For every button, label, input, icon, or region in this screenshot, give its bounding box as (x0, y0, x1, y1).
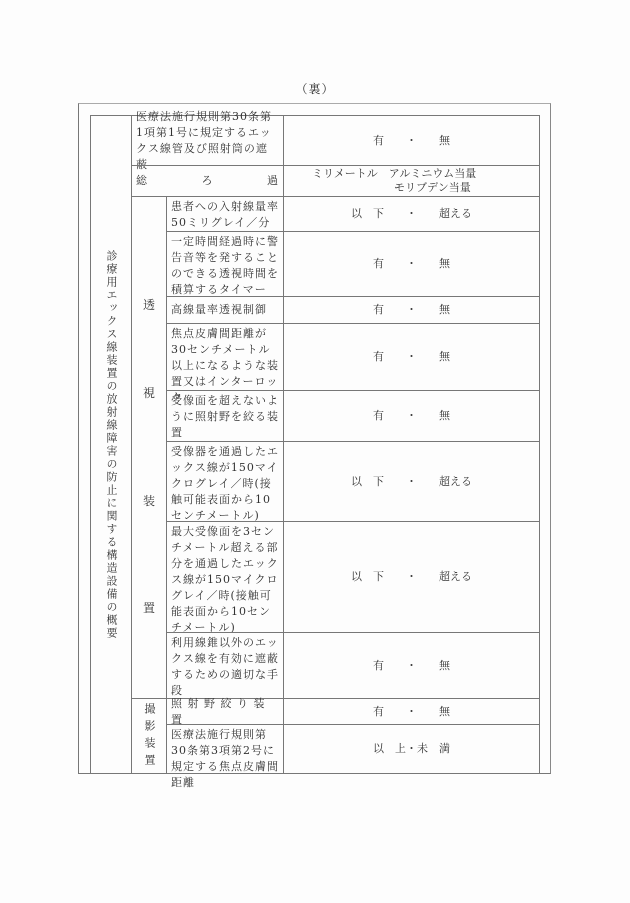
option-yes[interactable]: 有 (373, 658, 384, 674)
option-no[interactable]: 無 (439, 408, 450, 424)
option-exceeds[interactable]: 超える (439, 569, 472, 585)
fluoro-row-label: 受像面を超えないように照射野を絞る装置 (166, 390, 284, 442)
separator: ・ (406, 206, 417, 222)
group-char: 置 (143, 600, 155, 616)
fluoroscopy-group-label: 透 視 装 置 (131, 196, 167, 699)
separator: ・ (406, 569, 417, 585)
fluoro-row-label: 高線量率透視制御 (166, 296, 284, 324)
option-above-below[interactable]: 以 上・未 満 (373, 741, 450, 757)
total-filtration-label: 総 ろ 過 (131, 165, 284, 197)
radiography-row-options: 有・無 (283, 698, 540, 725)
option-yes[interactable]: 有 (373, 133, 384, 149)
fluoro-row-options: 以 下・超える (283, 441, 540, 522)
option-yes[interactable]: 有 (373, 349, 384, 365)
option-no[interactable]: 無 (439, 658, 450, 674)
separator: ・ (406, 302, 417, 318)
option-yes[interactable]: 有 (373, 408, 384, 424)
group-label-text: 撮影装置 (143, 703, 155, 773)
separator: ・ (406, 704, 417, 720)
aluminum-equivalent[interactable]: ミリメートル アルミニウム当量 (312, 167, 539, 181)
separator: ・ (406, 256, 417, 272)
group-char: 装 (143, 493, 155, 509)
section-title: 診療用エックス線装置の放射線障害の防止に関する構造設備の概要 (105, 250, 117, 640)
page-heading: （裏） (0, 80, 630, 97)
label-part: 過 (267, 173, 279, 189)
option-no[interactable]: 無 (439, 349, 450, 365)
fluoro-row-options: 以 下・超える (283, 521, 540, 633)
separator: ・ (406, 408, 417, 424)
separator: ・ (406, 133, 417, 149)
option-exceeds[interactable]: 超える (439, 206, 472, 222)
label-part: ろ (202, 173, 214, 189)
fluoro-row-options: 以 下・超える (283, 196, 540, 232)
fluoro-row-options: 有・無 (283, 632, 540, 699)
section-title-cell: 診療用エックス線装置の放射線障害の防止に関する構造設備の概要 (90, 115, 132, 774)
fluoro-row-label: 一定時間経過時に警告音等を発することのできる透視時間を積算するタイマー (166, 231, 284, 297)
radiography-group-label: 撮影装置 (131, 698, 167, 774)
shielding-options: 有・無 (283, 115, 540, 166)
option-below[interactable]: 以 下 (351, 206, 384, 222)
fluoro-row-options: 有・無 (283, 390, 540, 442)
option-no[interactable]: 無 (439, 704, 450, 720)
option-yes[interactable]: 有 (373, 256, 384, 272)
option-yes[interactable]: 有 (373, 704, 384, 720)
fluoro-row-label: 利用線錐以外のエックス線を有効に遮蔽するための適切な手段 (166, 632, 284, 699)
option-exceeds[interactable]: 超える (439, 474, 472, 490)
separator: ・ (406, 349, 417, 365)
total-filtration-value: ミリメートル アルミニウム当量 モリブデン当量 (283, 165, 540, 197)
radiography-row-label: 照 射 野 絞 り 装 置 (166, 698, 284, 725)
separator: ・ (406, 474, 417, 490)
group-char: 視 (143, 385, 155, 401)
option-no[interactable]: 無 (439, 256, 450, 272)
fluoro-row-options: 有・無 (283, 323, 540, 391)
option-yes[interactable]: 有 (373, 302, 384, 318)
group-char: 透 (143, 297, 155, 313)
fluoro-row-label: 患者への入射線量率50ミリグレイ／分 (166, 196, 284, 232)
fluoro-row-label: 最大受像面を3センチメートル超える部分を通過したエックス線が150マイクログレイ… (166, 521, 284, 633)
radiography-row-label: 医療法施行規則第30条第3項第2号に規定する焦点皮膚間距離 (166, 724, 284, 774)
fluoro-row-label: 焦点皮膚間距離が30センチメートル以上になるような装置又はインターロック (166, 323, 284, 391)
option-no[interactable]: 無 (439, 302, 450, 318)
fluoro-row-options: 有・無 (283, 231, 540, 297)
separator: ・ (406, 658, 417, 674)
fluoro-row-options: 有・無 (283, 296, 540, 324)
radiography-row-options: 以 上・未 満 (283, 724, 540, 774)
option-below[interactable]: 以 下 (351, 569, 384, 585)
option-no[interactable]: 無 (439, 133, 450, 149)
fluoro-row-label: 受像器を通過したエックス線が150マイクログレイ／時(接触可能表面から10センチ… (166, 441, 284, 522)
molybdenum-equivalent[interactable]: モリブデン当量 (312, 181, 539, 195)
label-part: 総 (136, 173, 148, 189)
shielding-label: 医療法施行規則第30条第1項第1号に規定するエックス線管及び照射筒の遮蔽 (131, 115, 284, 166)
option-below[interactable]: 以 下 (351, 474, 384, 490)
